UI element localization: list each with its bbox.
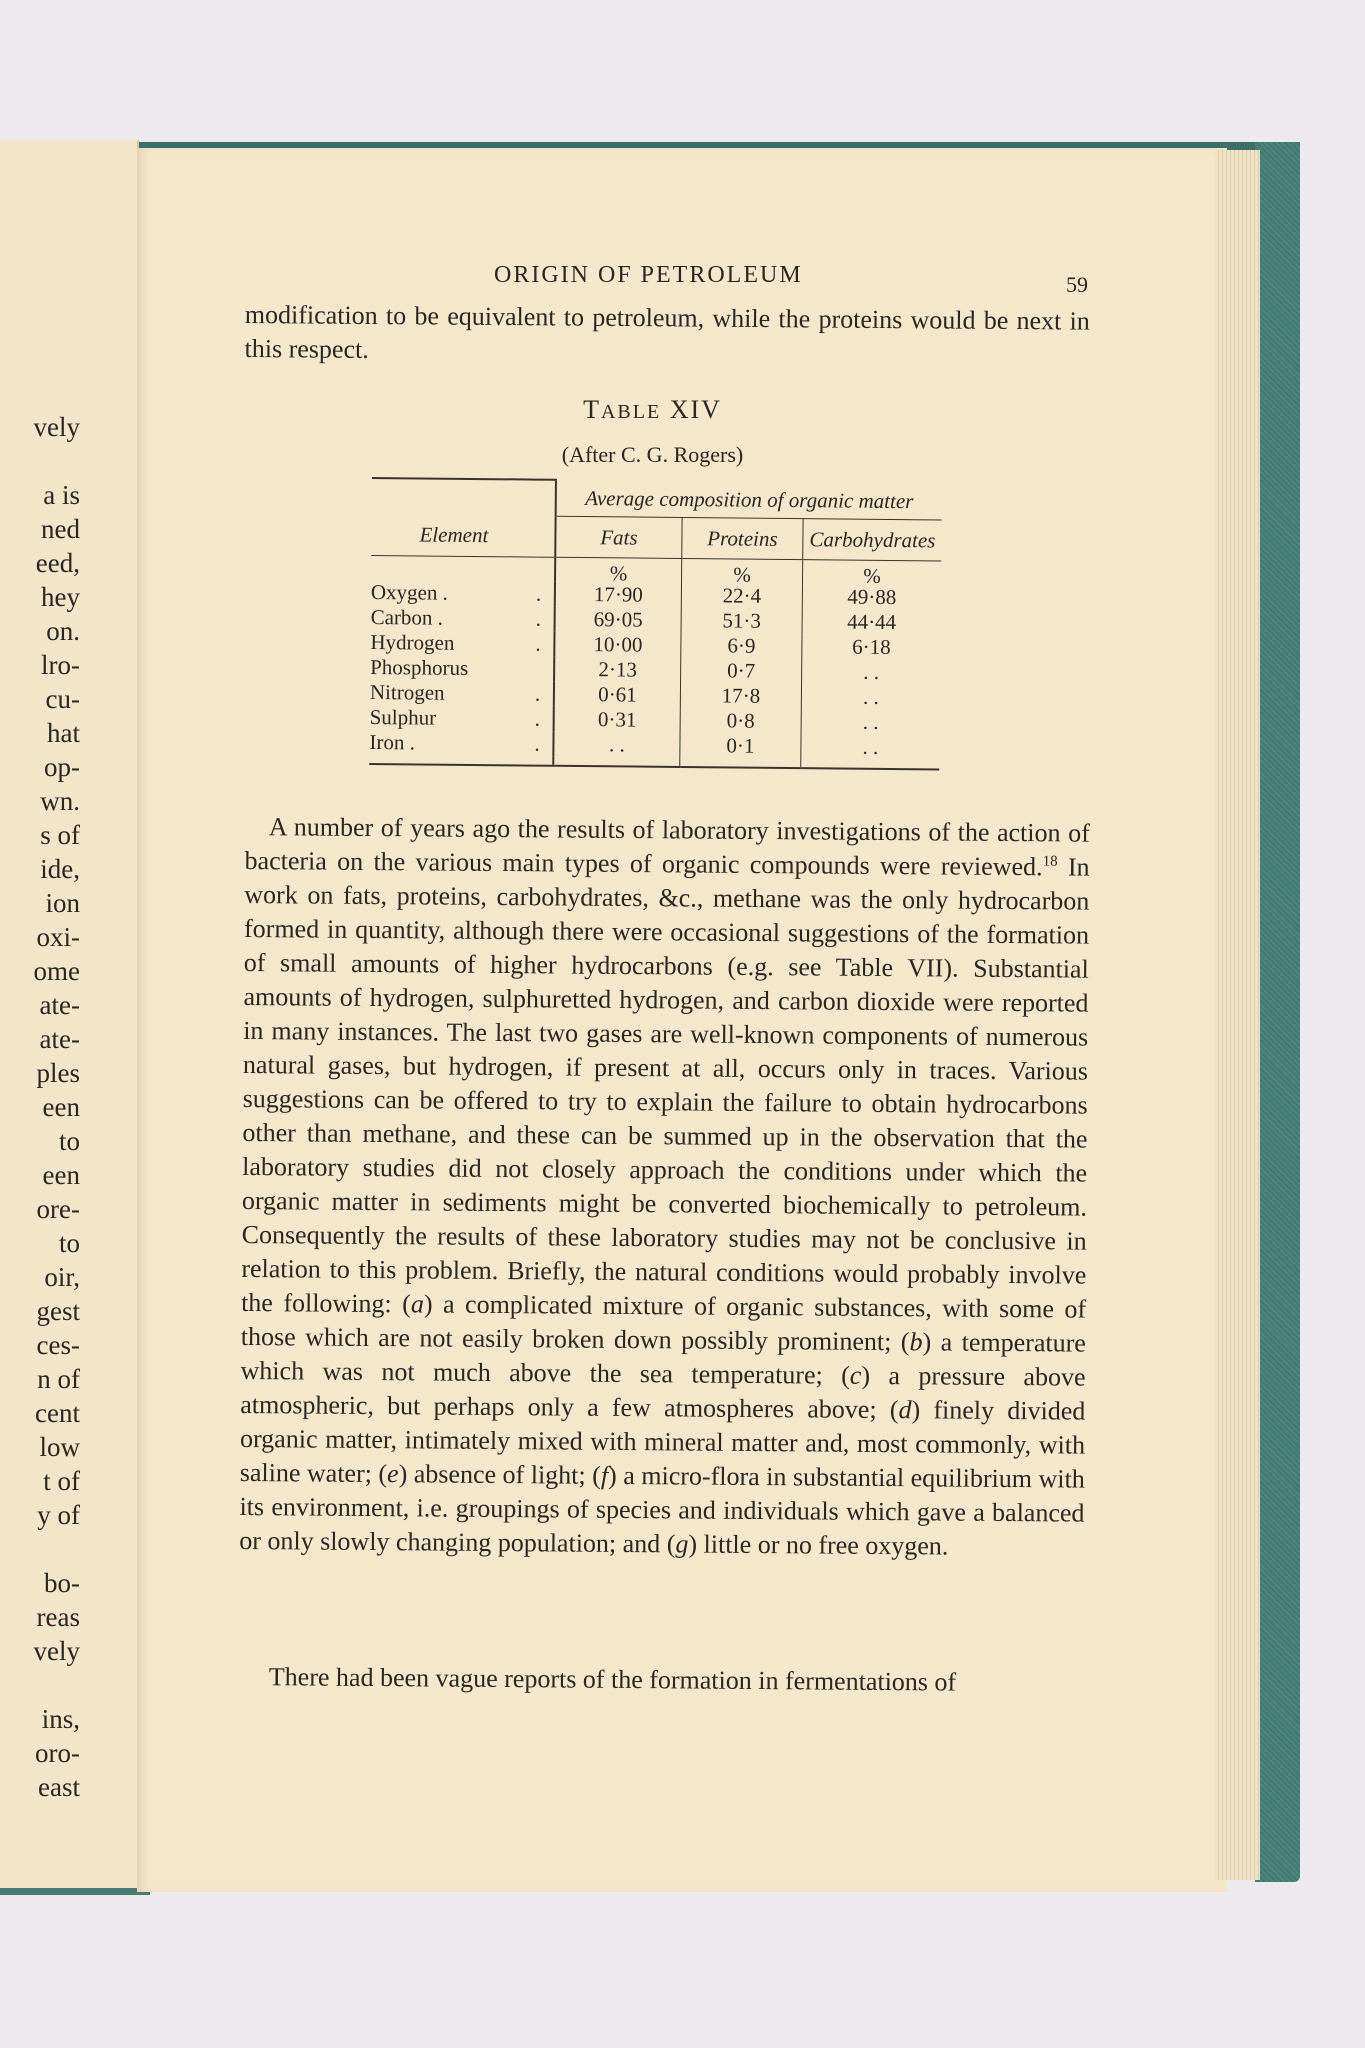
left-page-line: oir,: [0, 1260, 80, 1294]
intro-paragraph: modification to be equivalent to petrole…: [244, 298, 1090, 373]
left-page-line: t of: [0, 1464, 80, 1498]
left-page-line: ome: [0, 954, 80, 988]
fats-value: 0·61: [554, 682, 681, 708]
main-paragraph: A number of years ago the results of lab…: [239, 810, 1090, 1565]
leader-dot: .: [535, 682, 554, 707]
proteins-value: 0·1: [680, 733, 801, 759]
fats-value: 2·13: [554, 657, 681, 683]
list-item-text: absence of light;: [407, 1459, 592, 1489]
left-page-line: oro-: [0, 1736, 80, 1770]
carbohydrates-value: 44·44: [802, 609, 941, 635]
carbohydrates-value: . .: [801, 684, 940, 710]
element-column-header: Element: [371, 478, 537, 557]
left-page-line: to: [0, 1124, 80, 1158]
unit-proteins: %: [681, 558, 802, 584]
running-head-title: ORIGIN OF PETROLEUM: [494, 262, 803, 289]
left-page-line: een: [0, 1158, 80, 1192]
list-item-letter: b: [909, 1327, 922, 1356]
unit-carbohydrates: %: [802, 560, 941, 586]
left-page-line: low: [0, 1430, 80, 1464]
left-page-line: hat: [0, 716, 80, 750]
fats-value: . .: [553, 732, 680, 758]
left-page-line: ore-: [0, 1192, 80, 1226]
element-cell: Oxygen .: [371, 580, 536, 607]
carbohydrates-value: . .: [801, 734, 940, 760]
composition-table: Element Average composition of organic m…: [369, 477, 942, 770]
element-cell: Sulphur: [370, 705, 535, 732]
element-header-label: Element: [419, 522, 488, 547]
left-page-line: ate-: [0, 1022, 80, 1056]
left-page-text-fragment: velya isnedeed,heyon.lro-cu-hatop-wn.s o…: [0, 410, 80, 1804]
left-page-line: op-: [0, 750, 80, 784]
paragraph-text: A number of years ago the results of lab…: [244, 812, 1089, 881]
left-page-line: een: [0, 1090, 80, 1124]
group-column-header: Average composition of organic matter: [556, 480, 942, 520]
proteins-value: 0·7: [681, 658, 802, 684]
left-page-line: vely: [0, 1634, 80, 1668]
proteins-value: 6·9: [681, 633, 802, 659]
page-number: 59: [1066, 272, 1088, 298]
paragraph-text: In work on fats, proteins, carbohydrates…: [241, 852, 1090, 1318]
left-page-line: cent: [0, 1396, 80, 1430]
left-page-line: hey: [0, 580, 80, 614]
fats-value: 0·31: [554, 707, 681, 733]
left-page-line: ins,: [0, 1702, 80, 1736]
column-header-proteins: Proteins: [682, 517, 803, 559]
table-title-smallcaps: ABLE: [601, 401, 661, 423]
proteins-value: 22·4: [681, 583, 802, 609]
footnote-reference[interactable]: 18: [1043, 854, 1058, 870]
leader-dot: .: [536, 607, 555, 632]
table-title-initial: T: [583, 395, 601, 424]
left-page-line: s of: [0, 818, 80, 852]
fats-value: 69·05: [555, 607, 682, 633]
spacer: [536, 480, 556, 558]
list-item-letter: a: [411, 1289, 424, 1318]
left-page-line: wn.: [0, 784, 80, 818]
left-page-line: [0, 1532, 80, 1566]
proteins-value: 51·3: [681, 608, 802, 634]
left-page-line: ion: [0, 886, 80, 920]
element-cell: Phosphorus: [370, 655, 535, 682]
left-page-line: cu-: [0, 682, 80, 716]
table-title: TABLE XIV: [0, 395, 1335, 425]
carbohydrates-value: 49·88: [802, 584, 941, 610]
left-page-line: eed,: [0, 546, 80, 580]
left-page-line: y of: [0, 1498, 80, 1532]
left-page-line: east: [0, 1770, 80, 1804]
fats-value: 10·00: [554, 632, 681, 658]
column-header-fats: Fats: [555, 516, 682, 558]
left-page-line: ide,: [0, 852, 80, 886]
list-item-letter: g: [675, 1529, 688, 1558]
left-page-line: ces-: [0, 1328, 80, 1362]
left-page-line: to: [0, 1226, 80, 1260]
left-page-line: reas: [0, 1600, 80, 1634]
left-page-line: a is: [0, 478, 80, 512]
left-page-line: [0, 1668, 80, 1702]
element-cell: Nitrogen: [370, 680, 535, 707]
left-page-line: ate-: [0, 988, 80, 1022]
list-item-letter: c: [850, 1361, 862, 1390]
element-cell: Carbon .: [371, 605, 536, 632]
list-item-text: little or no free oxygen.: [697, 1530, 948, 1561]
unit-fats: %: [555, 557, 682, 583]
proteins-value: 17·8: [680, 683, 801, 709]
leader-dot: [535, 657, 554, 682]
left-page-line: oxi-: [0, 920, 80, 954]
fats-value: 17·90: [555, 582, 682, 608]
closing-paragraph: There had been vague reports of the form…: [245, 1660, 1090, 1701]
list-item-letter: d: [898, 1395, 911, 1424]
leader-dot: .: [535, 632, 554, 657]
leader-dot: .: [536, 582, 555, 607]
left-page-line: gest: [0, 1294, 80, 1328]
element-cell: Iron .: [369, 730, 534, 757]
list-item-letter: e: [387, 1459, 399, 1488]
carbohydrates-value: . .: [802, 659, 941, 685]
table-subtitle: (After C. G. Rogers): [0, 442, 1335, 468]
carbohydrates-value: . .: [801, 709, 940, 735]
left-page-line: ned: [0, 512, 80, 546]
list-item-letter: f: [601, 1461, 608, 1490]
table-title-numeral: XIV: [670, 395, 722, 424]
column-header-carbohydrates: Carbohydrates: [803, 519, 942, 561]
left-page-line: ples: [0, 1056, 80, 1090]
left-page-line: on.: [0, 614, 80, 648]
left-page-line: lro-: [0, 648, 80, 682]
left-page-line: bo-: [0, 1566, 80, 1600]
proteins-value: 0·8: [680, 708, 801, 734]
leader-dot: .: [535, 707, 554, 732]
left-page-line: n of: [0, 1362, 80, 1396]
carbohydrates-value: 6·18: [802, 634, 941, 660]
element-cell: Hydrogen: [370, 630, 535, 657]
leader-dot: .: [534, 732, 553, 757]
